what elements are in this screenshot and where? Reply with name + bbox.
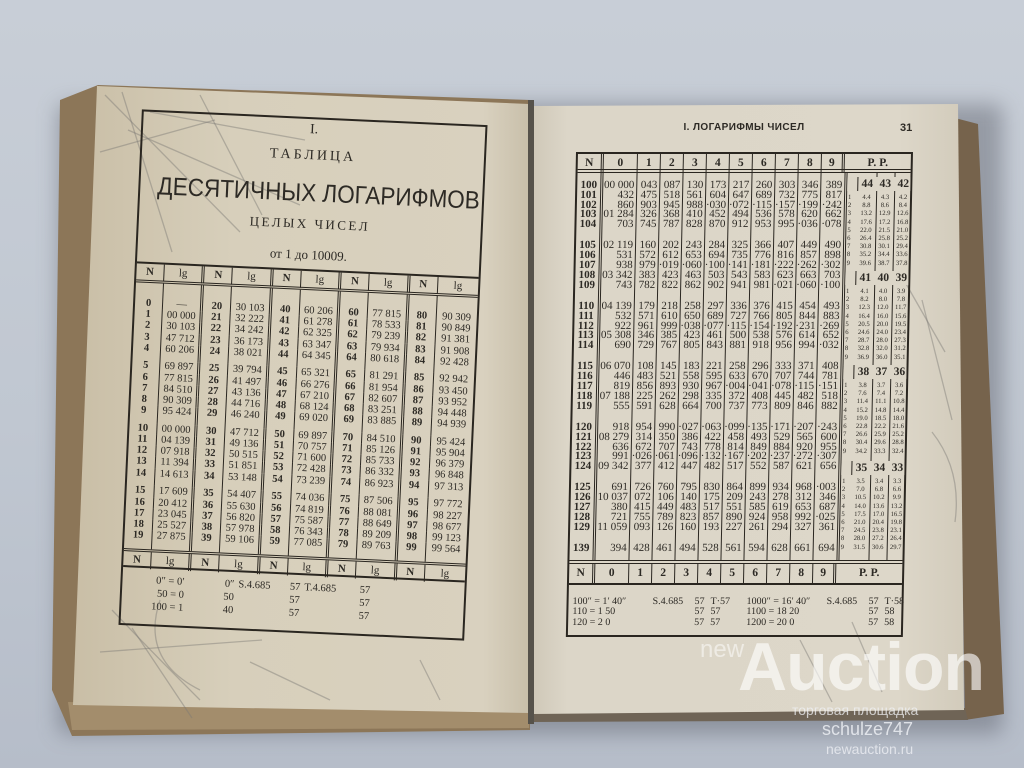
pp-cell: 9 [842,448,852,456]
pp-cell: 30.4 [852,439,871,447]
pp-cell: 29.4 [893,243,911,251]
mantissa-cell: 870 [705,220,728,241]
footnote-token: 57 [690,618,706,629]
table-cell: 29 [198,407,227,426]
column-header: 4 [698,564,721,583]
pp-cell: 19.8 [887,519,905,527]
pp-row: 417.617.216.8 [846,219,909,227]
mantissa-cell: 11 059 [596,523,630,544]
left-page-frame: I. ТАБЛИЦА ДЕСЯТИЧНЫХ ЛОГАРИФМОВ ЦЕЛЫХ Ч… [118,109,487,640]
pp-cell: 21.5 [875,227,893,235]
mantissa-cell: 591 [632,402,655,423]
pp-cell: 4 [846,219,856,227]
column-header: N [578,154,604,172]
pp-cell: 4.0 [874,288,892,296]
footnote-line: 100″ = 1′ 40″S.4.68557T·571000″ = 16′ 40… [568,597,901,608]
mantissa-cell: 294 [768,523,791,544]
table-row: 109743782822862902941981·021·060·100 [575,281,842,302]
pp-cell: 30.8 [856,243,875,251]
pp-block-rows: 13.83.73.627.67.47.2311.411.110.8415.214… [842,379,907,456]
pp-cell: 22.8 [852,423,871,431]
mantissa-cell: 843 [703,341,726,362]
footnote-token [822,618,864,629]
footnote-token [237,605,258,619]
pp-cell: 8.8 [857,202,876,210]
table-cell: 99 564 [425,543,466,564]
proportional-parts-block: 38373613.83.73.627.67.47.2311.411.110.84… [842,365,907,456]
column-header: N [273,270,302,288]
mantissa-cell: 956 [772,341,795,362]
table-row: 119555591628664700737773809846882 [572,402,839,423]
pp-cell: 9 [846,260,856,268]
logarithm-table-0-99: NlgNlgNlgNlgNlg 0—2030 1034060 2066077 8… [121,261,479,627]
mantissa-cell: ·100 [819,281,842,302]
table-cell: 77 815 [368,293,410,321]
pp-difference-label: 35 [851,461,870,475]
mantissa-cell: 862 [681,281,704,302]
pp-block-header: 444342 [847,177,910,191]
pp-cell: 26.4 [887,535,905,543]
column-header: lg [369,274,410,293]
mantissa-cell: 361 [814,523,837,544]
pp-cell: 28.7 [854,337,873,345]
pp-cell: 32.8 [854,345,873,353]
pp-cell: 8 [842,439,852,447]
pp-cell: 28.0 [873,337,891,345]
pp-cell: 1 [847,194,857,202]
pp-block-rows: 14.44.34.228.88.68.4313.212.912.6417.617… [846,191,911,268]
watermark-brand: Auction [738,628,984,706]
pp-cell: 25.9 [871,431,889,439]
table-cell: 99 [397,542,426,562]
mantissa-cell: 126 [653,523,676,544]
pp-row: 835.234.433.6 [846,251,909,259]
table-cell: 92 428 [434,356,475,376]
pp-cell: 29.6 [871,439,889,447]
table-cell: 44 [269,348,298,367]
pp-cell: 33.6 [893,251,911,259]
table-row: 12911 059093126160193227261294327361 [570,523,837,544]
pp-row: 624.624.023.4 [844,329,907,337]
table-cell: 46 240 [226,409,267,429]
pp-cell: 25.8 [875,235,893,243]
mantissa-cell: 882 [816,402,839,423]
pp-cell: 5 [842,415,852,423]
mantissa-cell: 773 [747,402,770,423]
table-cell: 4 [133,342,162,361]
mantissa-cell: 447 [677,462,700,483]
pp-cell: 8.6 [876,202,894,210]
pp-cell: 11.7 [892,304,910,312]
pp-cell: 17.2 [875,219,893,227]
footnote-line: 120 = 2 057571200 = 20 05758 [568,618,901,629]
pp-cell: 2 [847,202,857,210]
pp-cell: 15.2 [852,407,871,415]
pp-cell: 24.0 [873,329,891,337]
table-cell: 40 [271,289,300,316]
table-body: 10000 0000430871301732172603033463891014… [569,173,910,560]
pp-cell: 2 [843,390,853,398]
column-header: lg [219,556,260,575]
pp-row: 517.517.016.5 [840,511,903,519]
mantissa-cell: 912 [728,220,751,241]
mantissa-cell: 327 [791,523,814,544]
pp-cell: 21.0 [893,227,911,235]
column-header: N [123,551,152,569]
pp-row: 27.67.47.2 [843,390,906,398]
pp-cell: 36.9 [854,354,873,362]
pp-row: 931.530.629.7 [840,544,903,552]
column-header: lg [151,553,192,572]
pp-cell: 35.1 [891,354,909,362]
pp-cell: 21.0 [850,519,869,527]
table-cell: 64 345 [297,349,338,369]
pp-cell: 19.0 [852,415,871,423]
pp-cell: 20.4 [869,519,887,527]
pp-cell: 20.5 [854,321,873,329]
column-header: 0 [604,154,638,172]
table-cell: 0 [135,282,164,309]
pp-cell: 7.2 [890,390,908,398]
table-cell: 89 [403,417,432,436]
column-header: N [191,554,220,572]
table-cell: 73 239 [291,474,332,494]
column-header: 5 [730,154,753,172]
pp-row: 832.832.031.2 [844,345,907,353]
pp-cell: 19.5 [891,321,909,329]
pp-cell: 24.5 [850,527,869,535]
table-cell: 39 [192,532,221,552]
pp-cell: 12.3 [855,304,874,312]
pp-cell: 6 [844,329,854,337]
column-header: 1 [629,564,652,583]
table-cell: 94 939 [431,418,472,438]
pp-cell: 14.0 [850,503,869,511]
pp-cell: 27.3 [891,337,909,345]
mantissa-cell: 881 [726,341,749,362]
mantissa-cell: 941 [727,281,750,302]
table-cell: 9 [130,404,159,423]
proportional-parts-column: 44434214.44.34.228.88.68.4313.212.912.64… [836,173,910,560]
pp-cell: 22.0 [856,227,875,235]
pp-cell: 17.6 [856,219,875,227]
pp-row: 13.53.43.3 [841,478,904,486]
pp-cell: 26.4 [856,235,875,243]
pp-cell: 26.6 [852,431,871,439]
table-cell: 53 148 [223,471,264,491]
footnote-token: 1200 = 20 0 [742,618,822,629]
pp-cell: 23.1 [887,527,905,535]
mantissa-cell: 767 [657,341,680,362]
pp-row: 415.214.814.4 [842,407,905,415]
mantissa-cell: 700 [701,402,724,423]
pp-difference-label: 37 [872,365,890,379]
mantissa-cell: 09 342 [597,462,631,483]
mantissa-cell: 703 [602,220,636,241]
table-cell: 74 [332,476,361,495]
pp-block-header: 414039 [845,271,908,285]
mantissa-cell: ·036 [797,220,820,241]
mantissa-cell: 846 [793,402,816,423]
table-cell: 69 020 [294,412,335,432]
pp-cell: 21.6 [889,423,907,431]
column-header: 4 [707,154,730,172]
mantissa-cell: 494 [675,544,698,560]
footnote-token: T.4.685 [304,582,323,596]
column-header: N [204,266,233,284]
column-header: 2 [652,564,675,583]
pp-cell: 23.8 [869,527,887,535]
table-cell: 80 618 [365,353,406,373]
mantissa-cell: ·021 [773,281,796,302]
mantissa-cell: 953 [751,220,774,241]
pp-cell: 4 [842,407,852,415]
column-header: 0 [595,564,629,583]
pp-cell: 30.6 [869,544,887,552]
column-header: N [396,564,425,582]
table-cell: 60 206 [299,290,341,318]
table-cell: 30 103 [231,287,273,315]
table-body: 0—2030 1034060 2066077 8158090 309100 00… [124,282,478,563]
pp-cell: 14.8 [871,407,889,415]
mantissa-cell: 822 [658,281,681,302]
watermark-tagline: торговая площадка [792,702,918,718]
pp-block-header: 353433 [841,461,904,475]
footnote-token: 100 = 1 [121,599,188,615]
table-cell: 38 021 [229,346,270,366]
pp-difference-label: 41 [855,271,874,285]
footnote-line: 110 = 1 5057571100 = 18 205758 [568,607,901,618]
table-cell: 24 [201,345,230,364]
pp-cell: 4.1 [855,288,874,296]
pp-cell: 7 [840,527,850,535]
column-header: 3 [675,564,698,583]
pp-difference-label: 33 [888,461,906,475]
row-number: 124 [571,462,597,483]
column-header: lg [356,562,397,581]
pp-cell: 2 [845,296,855,304]
mantissa-cell: 555 [598,402,632,423]
column-header: 3 [684,154,707,172]
row-number: 109 [575,281,601,302]
mantissa-cell: 261 [745,523,768,544]
mantissa-cell: 552 [746,462,769,483]
table-cell: 90 309 [436,296,478,324]
mantissa-cell: 561 [721,544,744,560]
footnote-token [648,618,690,629]
pp-cell: 16.0 [873,313,891,321]
mantissa-cell: 093 [630,523,653,544]
pp-cell: 7 [842,431,852,439]
pp-cell: 16.8 [893,219,911,227]
pp-cell: 31.5 [850,544,869,552]
pp-block-rows: 13.53.43.327.06.86.6310.510.29.9414.013.… [840,475,905,552]
pp-cell: 8 [840,535,850,543]
pp-row: 622.822.221.6 [842,423,905,431]
pp-cell: 11.4 [853,398,872,406]
pp-row: 313.212.912.6 [847,210,910,218]
pp-cell: 5 [846,227,856,235]
watermark-site: newauction.ru [826,741,913,757]
mantissa-cell: 656 [815,462,838,483]
column-header: 7 [767,564,790,583]
table-cell: 60 [340,292,369,319]
pp-cell: 17.0 [869,511,887,519]
column-header: lg [288,559,329,578]
mantissa-cell: 782 [635,281,658,302]
pp-cell: 1 [845,288,855,296]
pp-cell: 31.2 [891,345,909,353]
footnote: 100″ = 1′ 40″S.4.68557T·571000″ = 16′ 40… [568,585,902,629]
table-cell: 59 [261,535,290,555]
mantissa-cell: 664 [678,402,701,423]
pp-cell: 16.5 [887,511,905,519]
pp-row: 14.44.34.2 [847,194,910,202]
pp-row: 626.425.825.2 [846,235,909,243]
row-number: 129 [570,523,596,544]
table-cell: 97 313 [428,480,469,500]
table-row: 104703745787828870912953995·036·078 [576,220,843,241]
pp-cell: 28.8 [889,439,907,447]
pp-cell: 28.0 [850,535,869,543]
row-number: 114 [574,341,600,362]
pp-row: 728.728.027.3 [844,337,907,345]
pp-cell: 10.2 [870,494,888,502]
table-cell: 60 206 [160,343,201,363]
mantissa-cell: 805 [680,341,703,362]
pp-cell: 39.6 [856,260,875,268]
pp-cell: 27.2 [869,535,887,543]
pp-row: 28.28.07.8 [845,296,908,304]
pp-cell: 9 [844,354,854,362]
mantissa-cell: 737 [724,402,747,423]
table-cell: 27 875 [152,530,193,551]
pp-difference-label: 40 [874,271,892,285]
pp-cell: 18.5 [871,415,889,423]
proportional-parts-block: 35343313.53.43.327.06.86.6310.510.29.941… [840,461,905,552]
pp-cell: 12.6 [894,210,912,218]
column-header: 2 [661,154,684,172]
pp-cell: 25.2 [889,431,907,439]
mantissa-cell: 690 [600,341,634,362]
pp-cell: 3 [841,494,851,502]
pp-cell: 7.4 [872,390,890,398]
pp-cell: 25.2 [893,235,911,243]
column-header: 6 [753,154,776,172]
table-cell: 14 613 [155,468,196,488]
table-cell: 69 [335,414,364,433]
title-decimal-logarithms: ДЕСЯТИЧНЫХ ЛОГАРИФМОВ [157,171,466,215]
pp-row: 310.510.29.9 [841,494,904,502]
table-row: 139394428461494528561594628661694 [569,544,836,560]
pp-cell: 5 [844,321,854,329]
footnote-token: 58 [880,618,901,629]
pp-row: 730.830.129.4 [846,243,909,251]
table-cell: — [163,284,205,312]
footnote-token: 40 [187,602,238,617]
proportional-parts-block: 44434214.44.34.228.88.68.4313.212.912.64… [846,177,911,268]
pp-cell: 7.8 [892,296,910,304]
logarithm-table-100-139: N0123456789P. P. 10000 00004308713017321… [566,152,913,637]
pp-row: 726.625.925.2 [842,431,905,439]
pp-cell: 13.2 [887,503,905,511]
footnote-token: 120 = 2 0 [568,618,648,629]
row-number: 139 [569,544,595,560]
pp-cell: 10.8 [890,398,908,406]
table-cell: 49 [266,411,295,430]
column-header: N [260,558,289,576]
column-header: lg [301,271,342,290]
pp-cell: 3.7 [872,382,890,390]
pp-row: 414.013.613.2 [840,503,903,511]
pp-cell: 13.2 [857,210,876,218]
pp-row: 724.523.823.1 [840,527,903,535]
watermark-seller: schulze747 [822,719,913,740]
table-cell: 14 [127,467,156,486]
pp-row: 416.416.015.6 [844,313,907,321]
table-footer-header: N0123456789P. P. [569,560,903,585]
pp-cell: 29.7 [887,544,905,552]
pp-row: 519.018.518.0 [842,415,905,423]
table-cell: 59 106 [220,534,261,555]
pp-cell: 6 [842,423,852,431]
pp-row: 828.027.226.4 [840,535,903,543]
mantissa-cell: 377 [631,462,654,483]
pp-row: 28.88.68.4 [847,202,910,210]
pp-row: 939.638.737.8 [846,260,909,268]
footnote-token: 57 [257,605,304,620]
mantissa-cell: 809 [770,402,793,423]
mantissa-cell: 694 [813,544,836,560]
pp-cell: 16.4 [854,313,873,321]
mantissa-cell: 918 [749,341,772,362]
pp-cell: 3.4 [870,478,888,486]
pp-cell: 35.2 [856,251,875,259]
mantissa-cell: 828 [682,220,705,241]
pp-cell: 12.0 [874,304,892,312]
mantissa-cell: ·060 [796,281,819,302]
mantissa-cell: 482 [700,462,723,483]
pp-cell: 3.5 [851,478,870,486]
mantissa-cell: 729 [634,341,657,362]
pp-cell: 6.8 [870,486,888,494]
table-cell: 83 885 [363,415,404,435]
proportional-parts-block: 41403914.14.03.928.28.07.8312.312.011.74… [844,271,909,362]
pp-cell: 13.6 [869,503,887,511]
column-header: 7 [776,154,799,172]
table-header: N0123456789P. P. [578,154,911,173]
pp-cell: 11.1 [872,398,890,406]
footnote-token: S.4.685 [822,597,864,608]
pp-cell: 8.4 [894,202,912,210]
pp-block-rows: 14.14.03.928.28.07.8312.312.011.7416.416… [844,285,909,362]
mantissa-cell: 160 [676,523,699,544]
table-cell: 94 [400,479,429,498]
footnote-token: 57 [864,618,880,629]
column-header: 8 [799,154,822,172]
footnote-token [303,595,322,609]
column-header: 9 [813,564,836,583]
footnote-token [303,608,322,622]
mantissa-cell: 981 [750,281,773,302]
pp-cell: 18.0 [889,415,907,423]
pp-difference-label: 38 [853,365,872,379]
footnote-token: S.4.685 [648,597,690,608]
pp-cell: 3.8 [853,382,872,390]
footnote-token [822,607,864,618]
pp-difference-label: 44 [857,177,876,191]
footnote-token: S.4.685 [238,579,259,593]
